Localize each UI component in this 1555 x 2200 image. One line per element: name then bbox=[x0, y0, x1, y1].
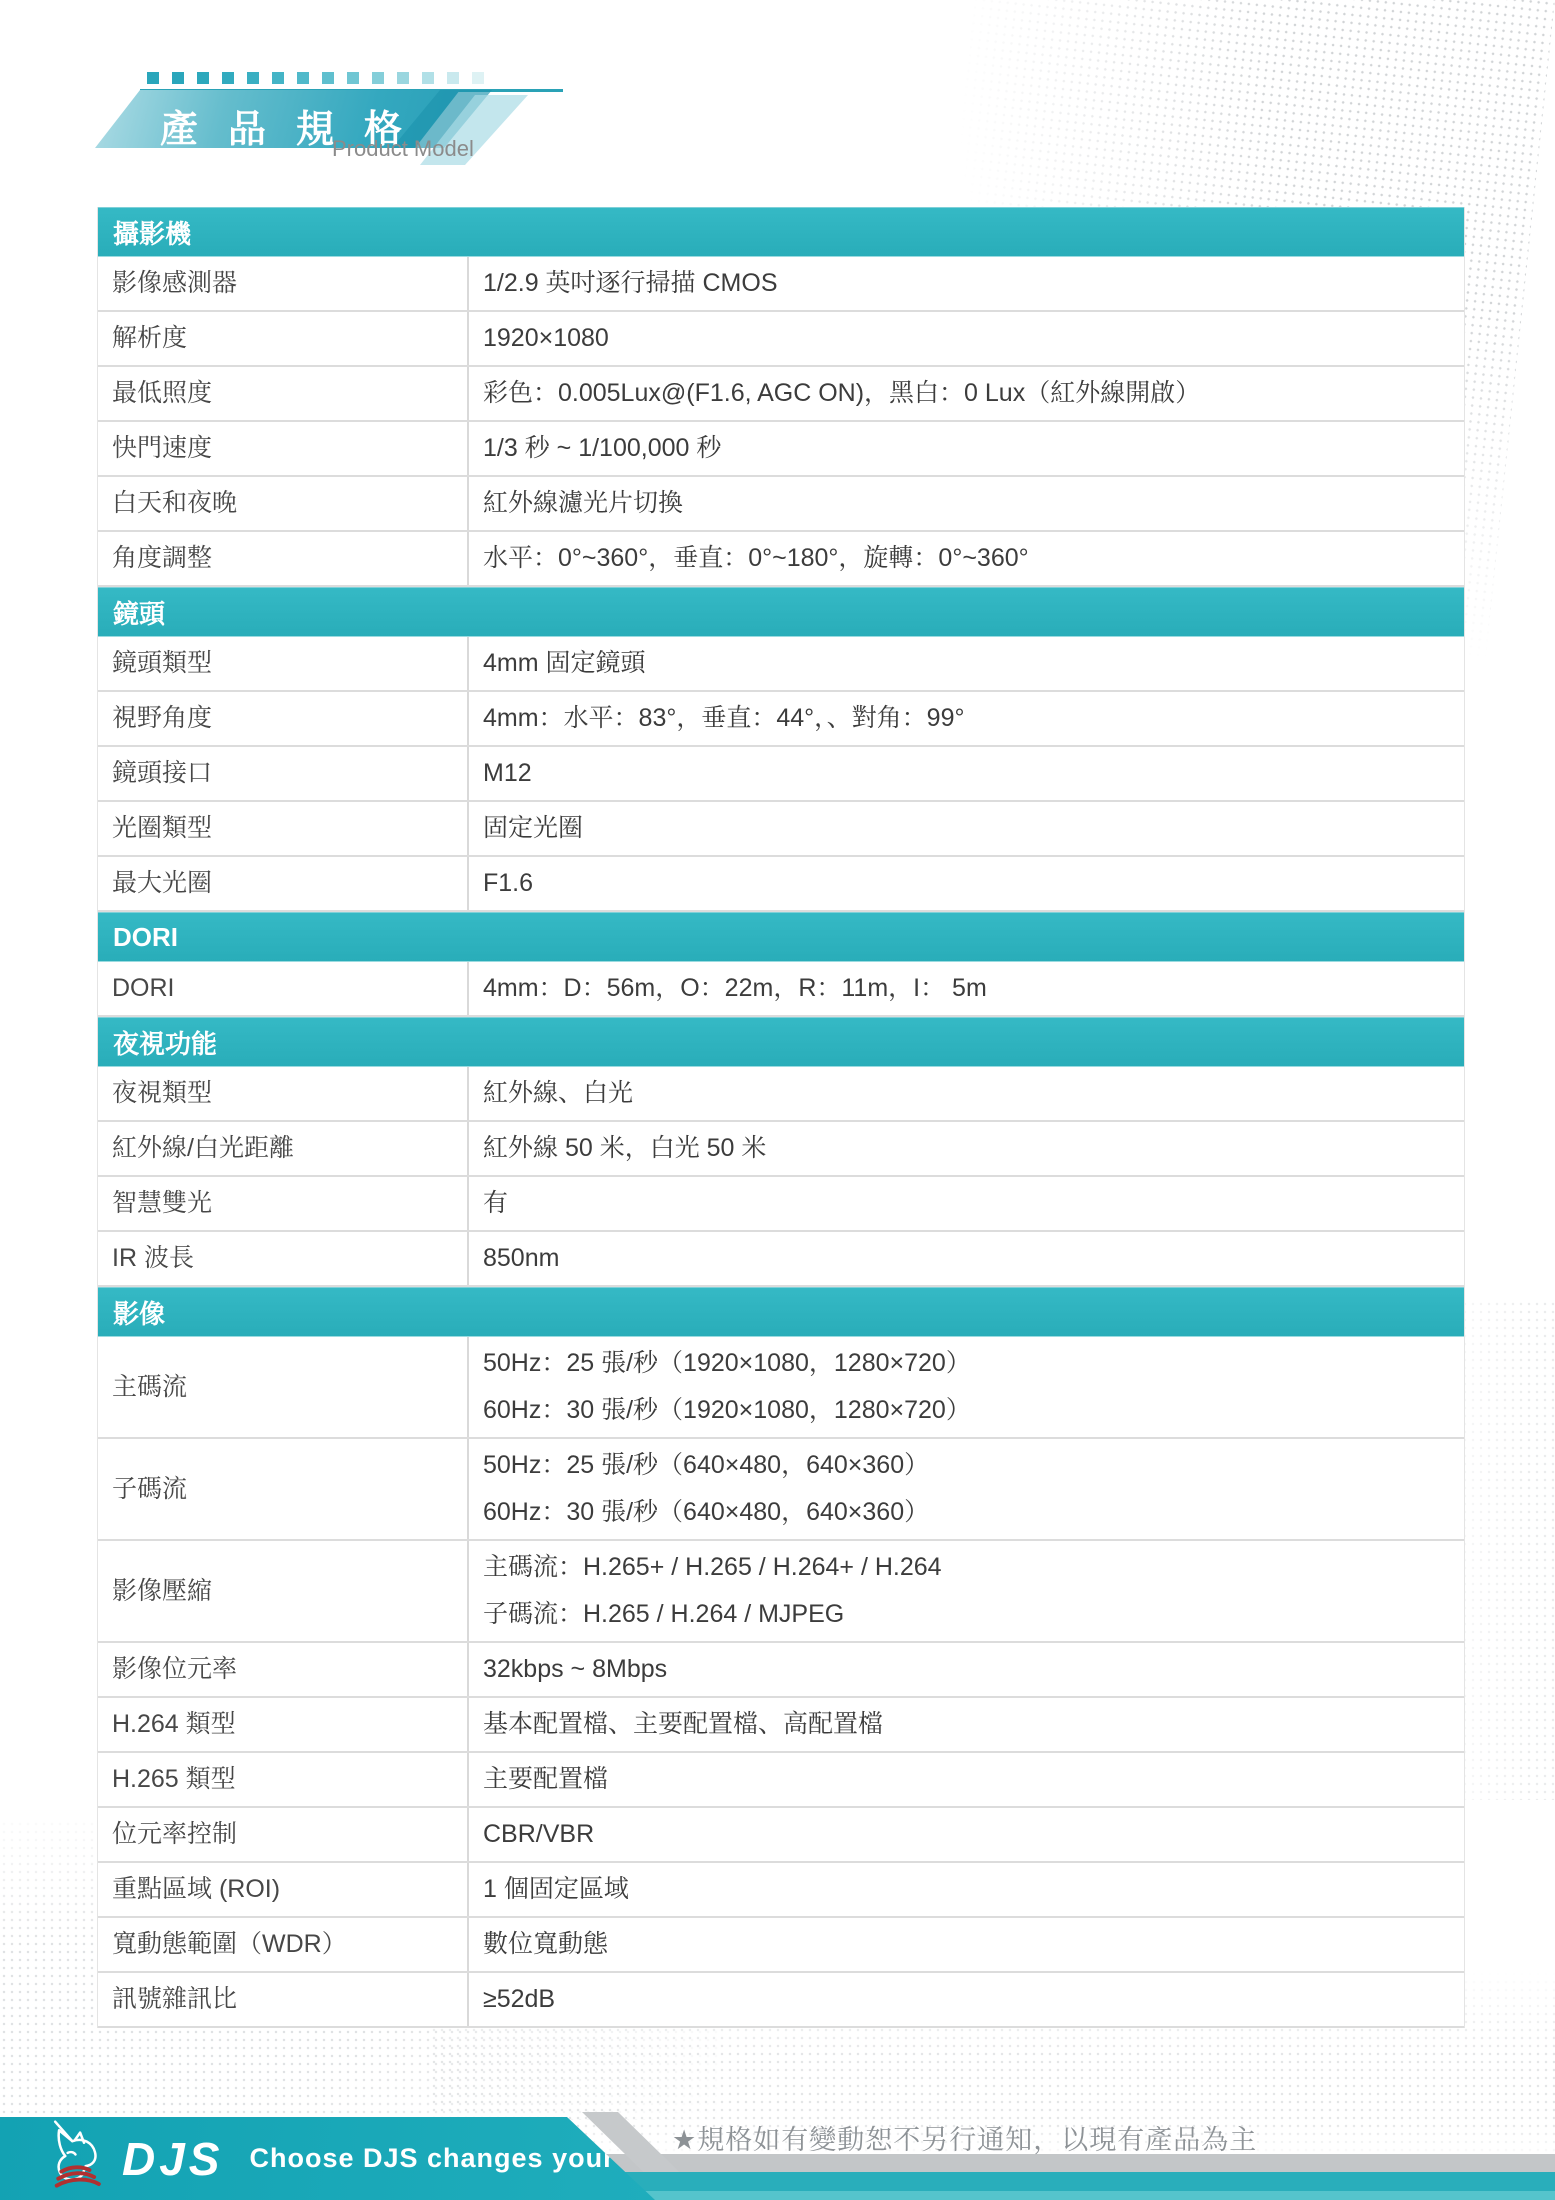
table-row: DORI4mm：D：56m，O：22m，R：11m，I： 5m bbox=[98, 962, 1464, 1017]
header-square bbox=[422, 72, 434, 84]
row-value: 1 個固定區域 bbox=[467, 1863, 1464, 1916]
footer-ribbon: DJS Choose DJS changes your Life bbox=[0, 2117, 655, 2200]
row-label: 主碼流 bbox=[98, 1337, 467, 1437]
footer-disclaimer: ★規格如有變動恕不另行通知，以現有產品為主 bbox=[672, 2118, 1257, 2157]
table-row: H.265 類型主要配置檔 bbox=[98, 1753, 1464, 1808]
table-row: 主碼流50Hz：25 張/秒（1920×1080，1280×720）60Hz：3… bbox=[98, 1337, 1464, 1439]
row-label: 鏡頭類型 bbox=[98, 637, 467, 690]
table-row: 子碼流50Hz：25 張/秒（640×480，640×360）60Hz：30 張… bbox=[98, 1439, 1464, 1541]
table-row: 最低照度彩色：0.005Lux@(F1.6, AGC ON)，黑白：0 Lux（… bbox=[98, 367, 1464, 422]
section-header: 攝影機 bbox=[98, 207, 1464, 257]
row-value: 紅外線、白光 bbox=[467, 1067, 1464, 1120]
row-label: 視野角度 bbox=[98, 692, 467, 745]
row-label: 解析度 bbox=[98, 312, 467, 365]
table-row: 最大光圈F1.6 bbox=[98, 857, 1464, 912]
row-label: 紅外線/白光距離 bbox=[98, 1122, 467, 1175]
header-square bbox=[322, 72, 334, 84]
header-square bbox=[247, 72, 259, 84]
header-square bbox=[347, 72, 359, 84]
row-value: 主碼流：H.265+ / H.265 / H.264+ / H.264子碼流：H… bbox=[467, 1541, 1464, 1641]
row-label: 夜視類型 bbox=[98, 1067, 467, 1120]
row-label: 訊號雜訊比 bbox=[98, 1973, 467, 2026]
table-row: 寬動態範圍（WDR）數位寬動態 bbox=[98, 1918, 1464, 1973]
row-value: 水平：0°~360°，垂直：0°~180°，旋轉：0°~360° bbox=[467, 532, 1464, 585]
row-label: 寬動態範圍（WDR） bbox=[98, 1918, 467, 1971]
row-label: 影像感測器 bbox=[98, 257, 467, 310]
table-row: 光圈類型固定光圈 bbox=[98, 802, 1464, 857]
row-value: 紅外線濾光片切換 bbox=[467, 477, 1464, 530]
section-header: 夜視功能 bbox=[98, 1017, 1464, 1067]
row-label: 子碼流 bbox=[98, 1439, 467, 1539]
row-value: 4mm 固定鏡頭 bbox=[467, 637, 1464, 690]
row-value: ≥52dB bbox=[467, 1973, 1464, 2026]
table-row: 解析度1920×1080 bbox=[98, 312, 1464, 367]
row-label: DORI bbox=[98, 962, 467, 1015]
table-row: 鏡頭類型4mm 固定鏡頭 bbox=[98, 637, 1464, 692]
table-row: 鏡頭接口M12 bbox=[98, 747, 1464, 802]
row-value: 4mm：D：56m，O：22m，R：11m，I： 5m bbox=[467, 962, 1464, 1015]
row-label: 快門速度 bbox=[98, 422, 467, 475]
section-header: 影像 bbox=[98, 1287, 1464, 1337]
row-label: 重點區域 (ROI) bbox=[98, 1863, 467, 1916]
row-label: H.265 類型 bbox=[98, 1753, 467, 1806]
row-value: 4mm：水平：83°，垂直：44°，、對角：99° bbox=[467, 692, 1464, 745]
header-square bbox=[222, 72, 234, 84]
row-label: 角度調整 bbox=[98, 532, 467, 585]
row-value: M12 bbox=[467, 747, 1464, 800]
row-label: 最大光圈 bbox=[98, 857, 467, 910]
table-row: 影像感測器1/2.9 英吋逐行掃描 CMOS bbox=[98, 257, 1464, 312]
page-subtitle: Product Model bbox=[332, 136, 474, 162]
table-row: 位元率控制CBR/VBR bbox=[98, 1808, 1464, 1863]
spec-table: 攝影機影像感測器1/2.9 英吋逐行掃描 CMOS解析度1920×1080最低照… bbox=[97, 207, 1465, 2028]
table-row: 訊號雜訊比≥52dB bbox=[98, 1973, 1464, 2028]
row-value: 1920×1080 bbox=[467, 312, 1464, 365]
row-value: 50Hz：25 張/秒（1920×1080，1280×720）60Hz：30 張… bbox=[467, 1337, 1464, 1437]
table-row: IR 波長850nm bbox=[98, 1232, 1464, 1287]
header-square bbox=[447, 72, 459, 84]
row-value: 1/3 秒 ~ 1/100,000 秒 bbox=[467, 422, 1464, 475]
header-square bbox=[197, 72, 209, 84]
row-value: F1.6 bbox=[467, 857, 1464, 910]
section-header: 鏡頭 bbox=[98, 587, 1464, 637]
table-row: 智慧雙光有 bbox=[98, 1177, 1464, 1232]
row-label: 影像位元率 bbox=[98, 1643, 467, 1696]
footer-brand-text: DJS bbox=[122, 2132, 223, 2186]
table-row: 重點區域 (ROI)1 個固定區域 bbox=[98, 1863, 1464, 1918]
row-label: 白天和夜晚 bbox=[98, 477, 467, 530]
header-square bbox=[147, 72, 159, 84]
row-label: 最低照度 bbox=[98, 367, 467, 420]
row-value: CBR/VBR bbox=[467, 1808, 1464, 1861]
row-label: H.264 類型 bbox=[98, 1698, 467, 1751]
header-square bbox=[297, 72, 309, 84]
table-row: 快門速度1/3 秒 ~ 1/100,000 秒 bbox=[98, 422, 1464, 477]
header-square bbox=[172, 72, 184, 84]
table-row: 白天和夜晚紅外線濾光片切換 bbox=[98, 477, 1464, 532]
header-dotted-squares bbox=[147, 72, 484, 85]
table-row: 影像位元率32kbps ~ 8Mbps bbox=[98, 1643, 1464, 1698]
row-value: 1/2.9 英吋逐行掃描 CMOS bbox=[467, 257, 1464, 310]
row-label: IR 波長 bbox=[98, 1232, 467, 1285]
table-row: 影像壓縮主碼流：H.265+ / H.265 / H.264+ / H.264子… bbox=[98, 1541, 1464, 1643]
table-row: 夜視類型紅外線、白光 bbox=[98, 1067, 1464, 1122]
djs-unicorn-logo-icon bbox=[38, 2117, 116, 2200]
table-row: H.264 類型基本配置檔、主要配置檔、高配置檔 bbox=[98, 1698, 1464, 1753]
row-value: 彩色：0.005Lux@(F1.6, AGC ON)，黑白：0 Lux（紅外線開… bbox=[467, 367, 1464, 420]
header-square bbox=[372, 72, 384, 84]
header-square bbox=[472, 72, 484, 84]
row-label: 光圈類型 bbox=[98, 802, 467, 855]
row-value: 有 bbox=[467, 1177, 1464, 1230]
table-row: 角度調整水平：0°~360°，垂直：0°~180°，旋轉：0°~360° bbox=[98, 532, 1464, 587]
row-value: 數位寬動態 bbox=[467, 1918, 1464, 1971]
row-label: 鏡頭接口 bbox=[98, 747, 467, 800]
row-value: 固定光圈 bbox=[467, 802, 1464, 855]
row-value: 主要配置檔 bbox=[467, 1753, 1464, 1806]
row-value: 32kbps ~ 8Mbps bbox=[467, 1643, 1464, 1696]
section-header: DORI bbox=[98, 912, 1464, 962]
row-label: 智慧雙光 bbox=[98, 1177, 467, 1230]
row-value: 紅外線 50 米，白光 50 米 bbox=[467, 1122, 1464, 1175]
table-row: 視野角度4mm：水平：83°，垂直：44°，、對角：99° bbox=[98, 692, 1464, 747]
header-square bbox=[397, 72, 409, 84]
row-value: 50Hz：25 張/秒（640×480，640×360）60Hz：30 張/秒（… bbox=[467, 1439, 1464, 1539]
table-row: 紅外線/白光距離紅外線 50 米，白光 50 米 bbox=[98, 1122, 1464, 1177]
header-square bbox=[272, 72, 284, 84]
row-label: 影像壓縮 bbox=[98, 1541, 467, 1641]
row-label: 位元率控制 bbox=[98, 1808, 467, 1861]
row-value: 850nm bbox=[467, 1232, 1464, 1285]
row-value: 基本配置檔、主要配置檔、高配置檔 bbox=[467, 1698, 1464, 1751]
